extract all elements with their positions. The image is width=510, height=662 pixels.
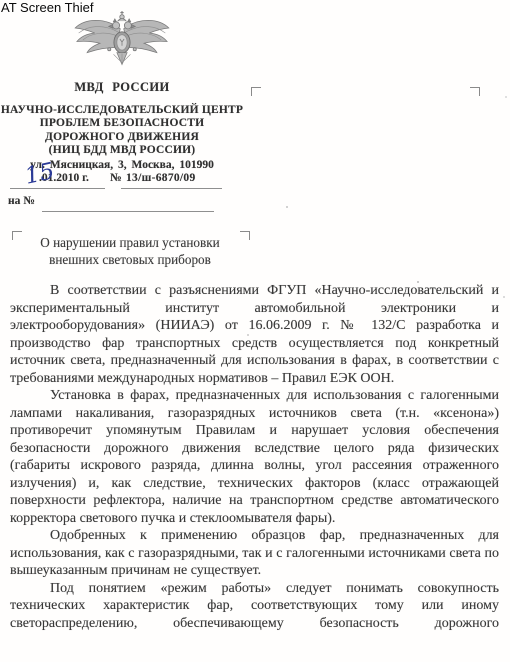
letter-body: В соответствии с разъяснениями ФГУП «Нау… bbox=[10, 282, 499, 632]
reply-number-underline bbox=[42, 211, 214, 212]
letterhead-line: (НИЦ БДД МВД РОССИИ) bbox=[0, 144, 244, 157]
date-underline bbox=[10, 188, 105, 189]
subject-corner-left bbox=[12, 231, 22, 240]
reply-to-label: на № bbox=[8, 195, 35, 207]
subject-block: О нарушении правил установки внешних све… bbox=[24, 234, 236, 268]
letterhead: МВД РОССИИ НАУЧНО-ИССЛЕДОВАТЕЛЬСКИЙ ЦЕНТ… bbox=[0, 80, 244, 172]
document-page: AT Screen Thief bbox=[0, 0, 510, 662]
handwritten-day: 15 bbox=[23, 158, 57, 190]
scan-noise-speckles bbox=[417, 281, 419, 283]
outgoing-number: 13/ш-6870/09 bbox=[126, 172, 196, 184]
body-paragraph: Одобренных к применению образцов фар, пр… bbox=[10, 527, 499, 580]
screen-capture-watermark: AT Screen Thief bbox=[1, 0, 94, 15]
letterhead-line: ПРОБЛЕМ БЕЗОПАСНОСТИ bbox=[0, 117, 244, 130]
letterhead-line: НАУЧНО-ИССЛЕДОВАТЕЛЬСКИЙ ЦЕНТР bbox=[0, 104, 244, 117]
body-paragraph: Под понятием «режим работы» следует пони… bbox=[10, 580, 499, 633]
subject-line: О нарушении правил установки bbox=[24, 234, 236, 251]
addressee-corner-right bbox=[470, 87, 480, 96]
outgoing-number-label: № bbox=[110, 172, 122, 184]
body-paragraph: В соответствии с разъяснениями ФГУП «Нау… bbox=[10, 282, 499, 387]
body-paragraph: Установка в фарах, предназначенных для и… bbox=[10, 387, 499, 527]
number-underline bbox=[121, 188, 222, 189]
letterhead-line: ДОРОЖНОГО ДВИЖЕНИЯ bbox=[0, 131, 244, 144]
addressee-corner-left bbox=[251, 87, 261, 96]
subject-line: внешних световых приборов bbox=[24, 251, 236, 268]
subject-corner-right bbox=[240, 231, 250, 240]
org-name: МВД РОССИИ bbox=[0, 80, 244, 95]
mvd-double-headed-eagle-icon bbox=[71, 9, 173, 69]
